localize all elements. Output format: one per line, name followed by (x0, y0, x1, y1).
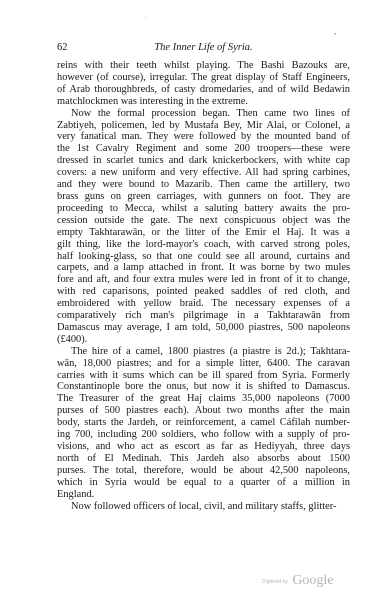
text-line: with red caparisons, pointed peaked sadd… (57, 286, 350, 298)
text-line: reins with their teeth whilst playing. T… (57, 60, 350, 72)
text-line: body, starts the Jardeh, or reinforcemen… (57, 417, 350, 429)
text-line: cession outside the gate. The next consp… (57, 215, 350, 227)
paragraph: The hire of a camel, 1800 piastres (a pi… (57, 346, 350, 501)
text-line: Damascus may average, I am told, 50,000 … (57, 322, 350, 334)
text-line: dressed in scarlet tunics and dark knick… (57, 155, 350, 167)
text-line: north of El Medinah. This Jardeh also ab… (57, 453, 350, 465)
text-line: embroidered with yellow braid. The neces… (57, 298, 350, 310)
text-line: Now followed officers of local, civil, a… (57, 501, 350, 513)
text-line: half looking-glass, so that one could se… (57, 251, 350, 263)
scan-speck: , (334, 27, 336, 36)
paragraph: Now followed officers of local, civil, a… (57, 501, 350, 513)
page-header: 62 The Inner Life of Syria. (57, 42, 350, 54)
paragraph: reins with their teeth whilst playing. T… (57, 60, 350, 108)
text-line: gilt thing, like the lord-mayor's coach,… (57, 239, 350, 251)
text-line: however (of course), irregular. The grea… (57, 72, 350, 84)
text-line: very fanatical man. They were followed b… (57, 131, 350, 143)
text-line: Constantinople bore the onus, but now it… (57, 381, 350, 393)
text-line: purses of 500 piastres each). About two … (57, 405, 350, 417)
text-line: The Treasurer of the great Haj claims 35… (57, 393, 350, 405)
paragraph: Now the formal procession began. Then ca… (57, 108, 350, 346)
text-line: visions, and who act as escort as far as… (57, 441, 350, 453)
text-line: Zabtiyeh, policemen, led by Mustafa Bey,… (57, 120, 350, 132)
text-line: ing 700, including 200 soldiers, who fol… (57, 429, 350, 441)
text-line: England. (57, 489, 350, 501)
google-logo-text: Google (292, 573, 333, 588)
text-line: (£400). (57, 334, 350, 346)
watermark-prefix: Digitized by (262, 579, 288, 585)
text-line: covers: a new uniform and very effective… (57, 167, 350, 179)
text-line: and they were bound to Mazarib. Then cam… (57, 179, 350, 191)
text-line: wān, 18,000 piastres; and for a simple l… (57, 358, 350, 370)
running-title: The Inner Life of Syria. (57, 42, 350, 53)
text-line: fore and aft, and four extra mules were … (57, 274, 350, 286)
text-line: brass guns on green carriages, with gunn… (57, 191, 350, 203)
text-line: which in Syria would be equal to a quart… (57, 477, 350, 489)
page-body: reins with their teeth whilst playing. T… (57, 60, 350, 512)
text-line: the 1st Cavalry Regiment and some 200 tr… (57, 143, 350, 155)
text-line: The hire of a camel, 1800 piastres (a pi… (57, 346, 350, 358)
text-line: matchlockmen was interesting in the extr… (57, 96, 350, 108)
scan-speck: · (145, 15, 147, 21)
google-watermark: Digitized by Google (262, 571, 334, 589)
text-line: proceeding to Mecca, whilst a saluting b… (57, 203, 350, 215)
text-line: carries with it sums which can be ill sp… (57, 370, 350, 382)
text-line: empty Takhtarawān, or the litter of the … (57, 227, 350, 239)
text-line: purses. The total, therefore, would be a… (57, 465, 350, 477)
text-line: Now the formal procession began. Then ca… (57, 108, 350, 120)
text-line: comparatively rich man's pilgrimage in a… (57, 310, 350, 322)
text-line: carpets, and a lamp attached in front. I… (57, 262, 350, 274)
text-line: of Arab thoroughbreds, of casty dromedar… (57, 84, 350, 96)
